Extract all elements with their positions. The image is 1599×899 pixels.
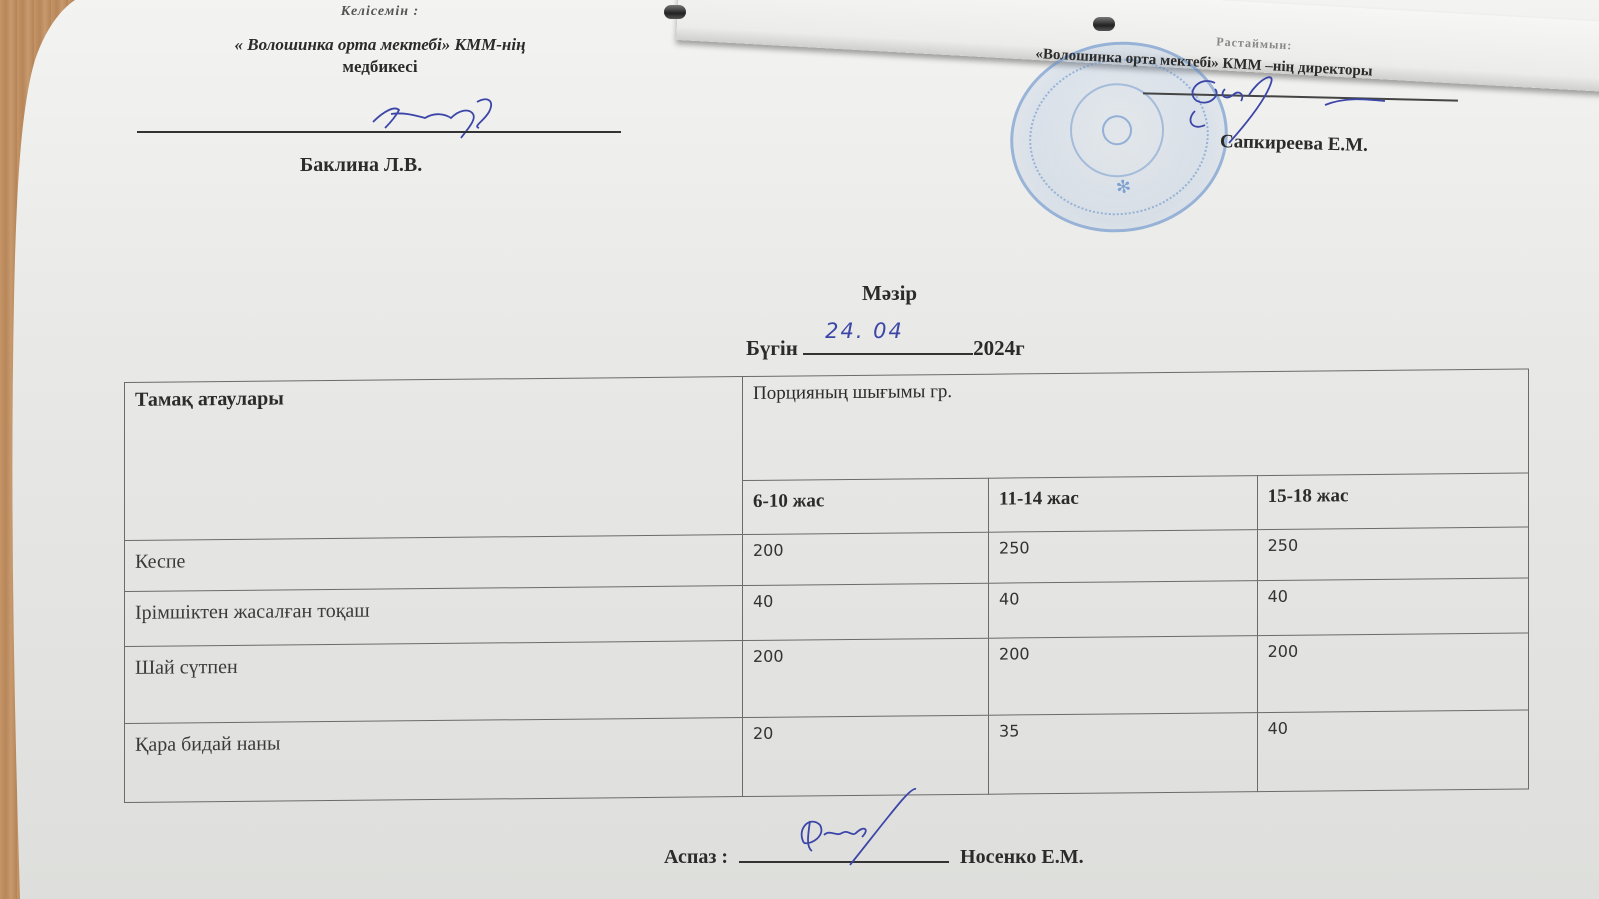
portion-value: 200 (1257, 633, 1528, 713)
date-handwritten: 24. 04 (825, 319, 904, 343)
date-prefix: Бүгін (746, 336, 798, 360)
nurse-name: Баклина Л.В. (300, 154, 422, 177)
nurse-org-title: « Волошинка орта мектебі» КММ-нің медбик… (135, 34, 625, 78)
portion-value: 200 (743, 638, 989, 717)
header-portion: Порцияның шығымы гр. (743, 369, 1529, 480)
binder-ring-icon (664, 5, 686, 19)
table-row: Қара бидай наны 20 35 40 (125, 710, 1529, 802)
dish-name: Ірімшіктен жасалған тоқаш (125, 586, 743, 647)
dish-name: Қара бидай наны (125, 718, 743, 803)
portion-value: 40 (989, 581, 1258, 639)
approval-label: Келісемін : (135, 4, 625, 20)
date-suffix: 2024г (973, 336, 1025, 360)
portion-value: 200 (989, 636, 1258, 716)
dish-name: Кеспе (125, 535, 743, 592)
portion-value: 20 (743, 715, 989, 796)
portion-value: 200 (743, 532, 989, 585)
header-dish-name: Тамақ атаулары (125, 377, 743, 541)
portion-value: 40 (1257, 578, 1528, 636)
cook-label: Аспаз : (664, 846, 728, 868)
date-field: 24. 04 (803, 333, 973, 355)
table-row: Шай сүтпен 200 200 200 (125, 633, 1529, 723)
header-age-11-14: 11-14 жас (989, 475, 1258, 532)
portion-value: 35 (989, 713, 1258, 795)
portion-value: 40 (743, 583, 989, 640)
menu-table: Тамақ атаулары Порцияның шығымы гр. 6-10… (124, 369, 1529, 803)
portion-value: 250 (989, 530, 1258, 584)
cook-name: Носенко Е.М. (960, 846, 1084, 868)
nurse-org-line1: « Волошинка орта мектебі» КММ-нің (234, 35, 525, 54)
header-age-6-10: 6-10 жас (743, 478, 989, 535)
director-name: Сапкиреева Е.М. (1220, 131, 1368, 157)
nurse-org-line2: медбикесі (342, 57, 417, 76)
portion-value: 250 (1257, 527, 1528, 581)
dish-name: Шай сүтпен (125, 641, 743, 724)
approval-block-nurse: Келісемін : « Волошинка орта мектебі» КМ… (135, 4, 625, 78)
cook-signature-line (739, 843, 949, 863)
cook-signature-block: Аспаз : Носенко Е.М. (664, 843, 1084, 869)
table-header-row: Тамақ атаулары Порцияның шығымы гр. (125, 369, 1529, 486)
date-row: Бүгін 24. 04 2024г (746, 333, 1025, 361)
header-age-15-18: 15-18 жас (1257, 473, 1528, 530)
portion-value: 40 (1257, 710, 1528, 792)
nurse-signature-line (137, 131, 621, 133)
document-title: Мәзір (862, 281, 917, 306)
